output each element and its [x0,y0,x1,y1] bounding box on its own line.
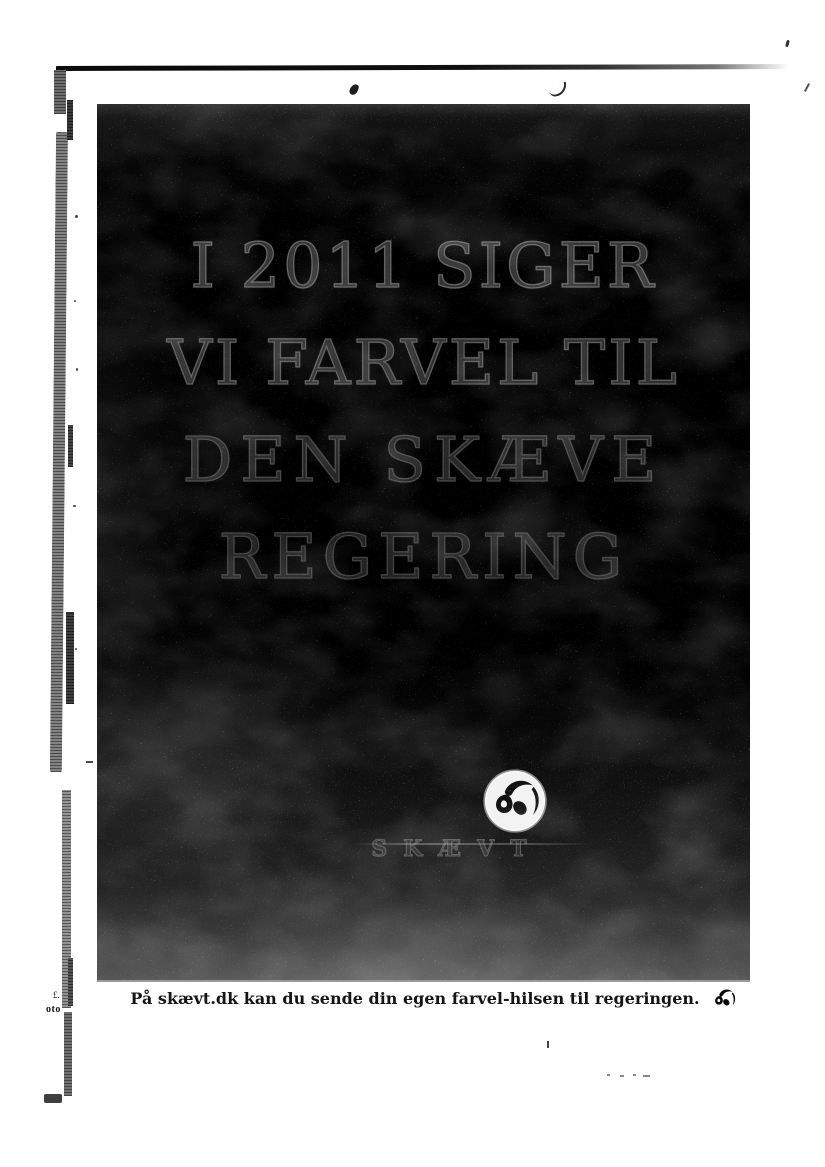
scan-edge-strip [54,70,66,114]
scan-artifact [620,1075,624,1077]
scan-speck [76,368,78,371]
scan-edge-strip [68,425,73,467]
poster: I 2011 SIGER VI FARVEL TIL DEN SKÆVE REG… [97,104,750,982]
scan-speck [73,505,76,507]
scan-artifact [643,1075,650,1077]
scan-edge-strip [68,958,73,1006]
scan-speck [75,648,77,650]
margin-mark: £. [53,990,60,1000]
scan-artifact [633,1074,636,1076]
poster-headline: I 2011 SIGER VI FARVEL TIL DEN SKÆVE REG… [97,217,750,605]
scan-artifact [785,40,790,48]
sf-logo-icon [483,769,547,833]
headline-line: REGERING [97,508,750,605]
scan-edge-strip [64,1012,72,1096]
headline-line: I 2011 SIGER [97,217,750,314]
scanned-page: £. oto I 2011 SIGER VI FARVEL TIL DEN SK… [0,0,825,1167]
scan-speck [74,300,76,302]
headline-line: VI FARVEL TIL [97,314,750,411]
sf-mark-icon [708,984,740,1014]
headline-line: DEN SKÆVE [97,411,750,508]
bottom-caption: På skævt.dk kan du sende din egen farvel… [90,986,740,1012]
scan-artifact [548,82,568,98]
scan-top-rule [56,64,804,71]
scan-artifact [348,83,359,96]
poster-wordmark: SKÆVT [327,836,587,862]
scan-edge-strip [67,100,73,140]
scan-artifact [804,83,810,92]
scan-artifact [607,1074,610,1076]
scan-artifact [44,1094,62,1103]
scan-artifact [547,1041,549,1048]
margin-note: oto [46,1004,61,1015]
scan-artifact [86,761,93,763]
scan-speck [75,215,78,218]
scan-edge-strip [66,612,74,704]
